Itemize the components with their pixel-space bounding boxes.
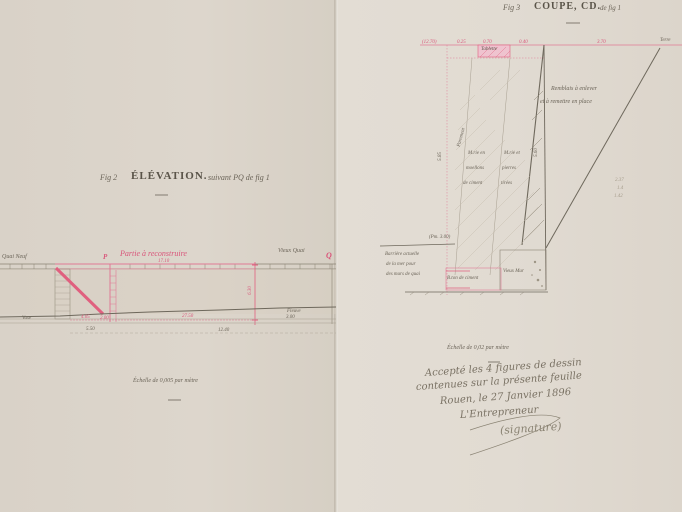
dim-top-b: 0.70 [483, 40, 492, 45]
label-masonry-left-1: M.rie en [468, 151, 485, 156]
dim-top-a: 0.25 [457, 40, 466, 45]
label-existing-3: des murs de quai [386, 272, 420, 277]
label-tablette: Tablette [481, 47, 497, 52]
label-masonry-right-1: M.rie et [504, 151, 520, 156]
dim-side-right: 5.60 [534, 148, 539, 157]
label-remblais-2: et à remettre en place [540, 99, 592, 105]
fig2-subtitle: suivant PQ de fig 1 [208, 173, 270, 182]
dim-top-d: 3.70 [597, 40, 606, 45]
dim-bottom-a: 4.05 [81, 315, 90, 320]
label-masonry-left-3: de ciment [463, 181, 482, 186]
label-masonry-right-3: tirées [501, 181, 512, 186]
label-vieux-mur: Vieux Mur [503, 269, 524, 274]
label-fleuve: Fleuve [287, 309, 301, 314]
margin-calc-3: 1.42 [614, 194, 623, 199]
fig2-elevation-lines [0, 195, 336, 400]
dim-height: 6.30 [248, 286, 253, 295]
label-point-q: Q [326, 251, 332, 260]
fig2-scale-note: Échelle de 0,005 par mètre [133, 378, 198, 384]
fig3-scale-note: Échelle de 0,02 par mètre [447, 345, 509, 351]
dim-right-water: 3.00 [286, 315, 295, 320]
margin-calc-1: 2.37 [615, 178, 624, 183]
label-vase: Vase [22, 316, 31, 321]
fig2-title: ÉLÉVATION. [131, 170, 208, 182]
label-masonry-left-2: moellons [466, 166, 484, 171]
dim-bottom-span: 27.50 [182, 314, 193, 319]
label-water-level: (Pm. 3.00) [429, 235, 450, 240]
dim-top-c: 0.40 [519, 40, 528, 45]
label-existing-1: Barrière actuelle [385, 252, 419, 257]
label-quai-neuf: Quai Neuf [2, 254, 27, 260]
dim-below-right: 12.40 [218, 328, 229, 333]
dim-below-left: 5.50 [86, 327, 95, 332]
label-beton-ciment: B.ton de ciment [447, 276, 478, 281]
label-existing-2: de la mer pour [386, 262, 416, 267]
fig3-title: COUPE, CD. [534, 1, 601, 12]
label-point-p: P [103, 253, 107, 261]
dim-top-left: (12.70) [422, 40, 437, 45]
label-masonry-right-2: pierres [502, 166, 516, 171]
margin-calc-2: 1.4 [617, 186, 623, 191]
dim-top-span: 17.10 [158, 259, 169, 264]
label-partie-a-reconstruire: Partie à reconstruire [120, 249, 187, 258]
drawing-sheet: Fig 2 ÉLÉVATION. suivant PQ de fig 1 Qua… [0, 0, 682, 512]
dim-bottom-b: 2.00 [100, 316, 109, 321]
fig3-number: Fig 3 [503, 3, 520, 12]
label-terre: Terre [660, 38, 670, 43]
label-remblais-1: Remblais à enlever [551, 86, 597, 92]
fig3-subtitle: de fig 1 [600, 4, 621, 12]
dim-side-left: 5.85 [438, 152, 443, 161]
fig2-number: Fig 2 [100, 173, 117, 182]
label-vieux-quai: Vieux Quai [278, 248, 305, 254]
